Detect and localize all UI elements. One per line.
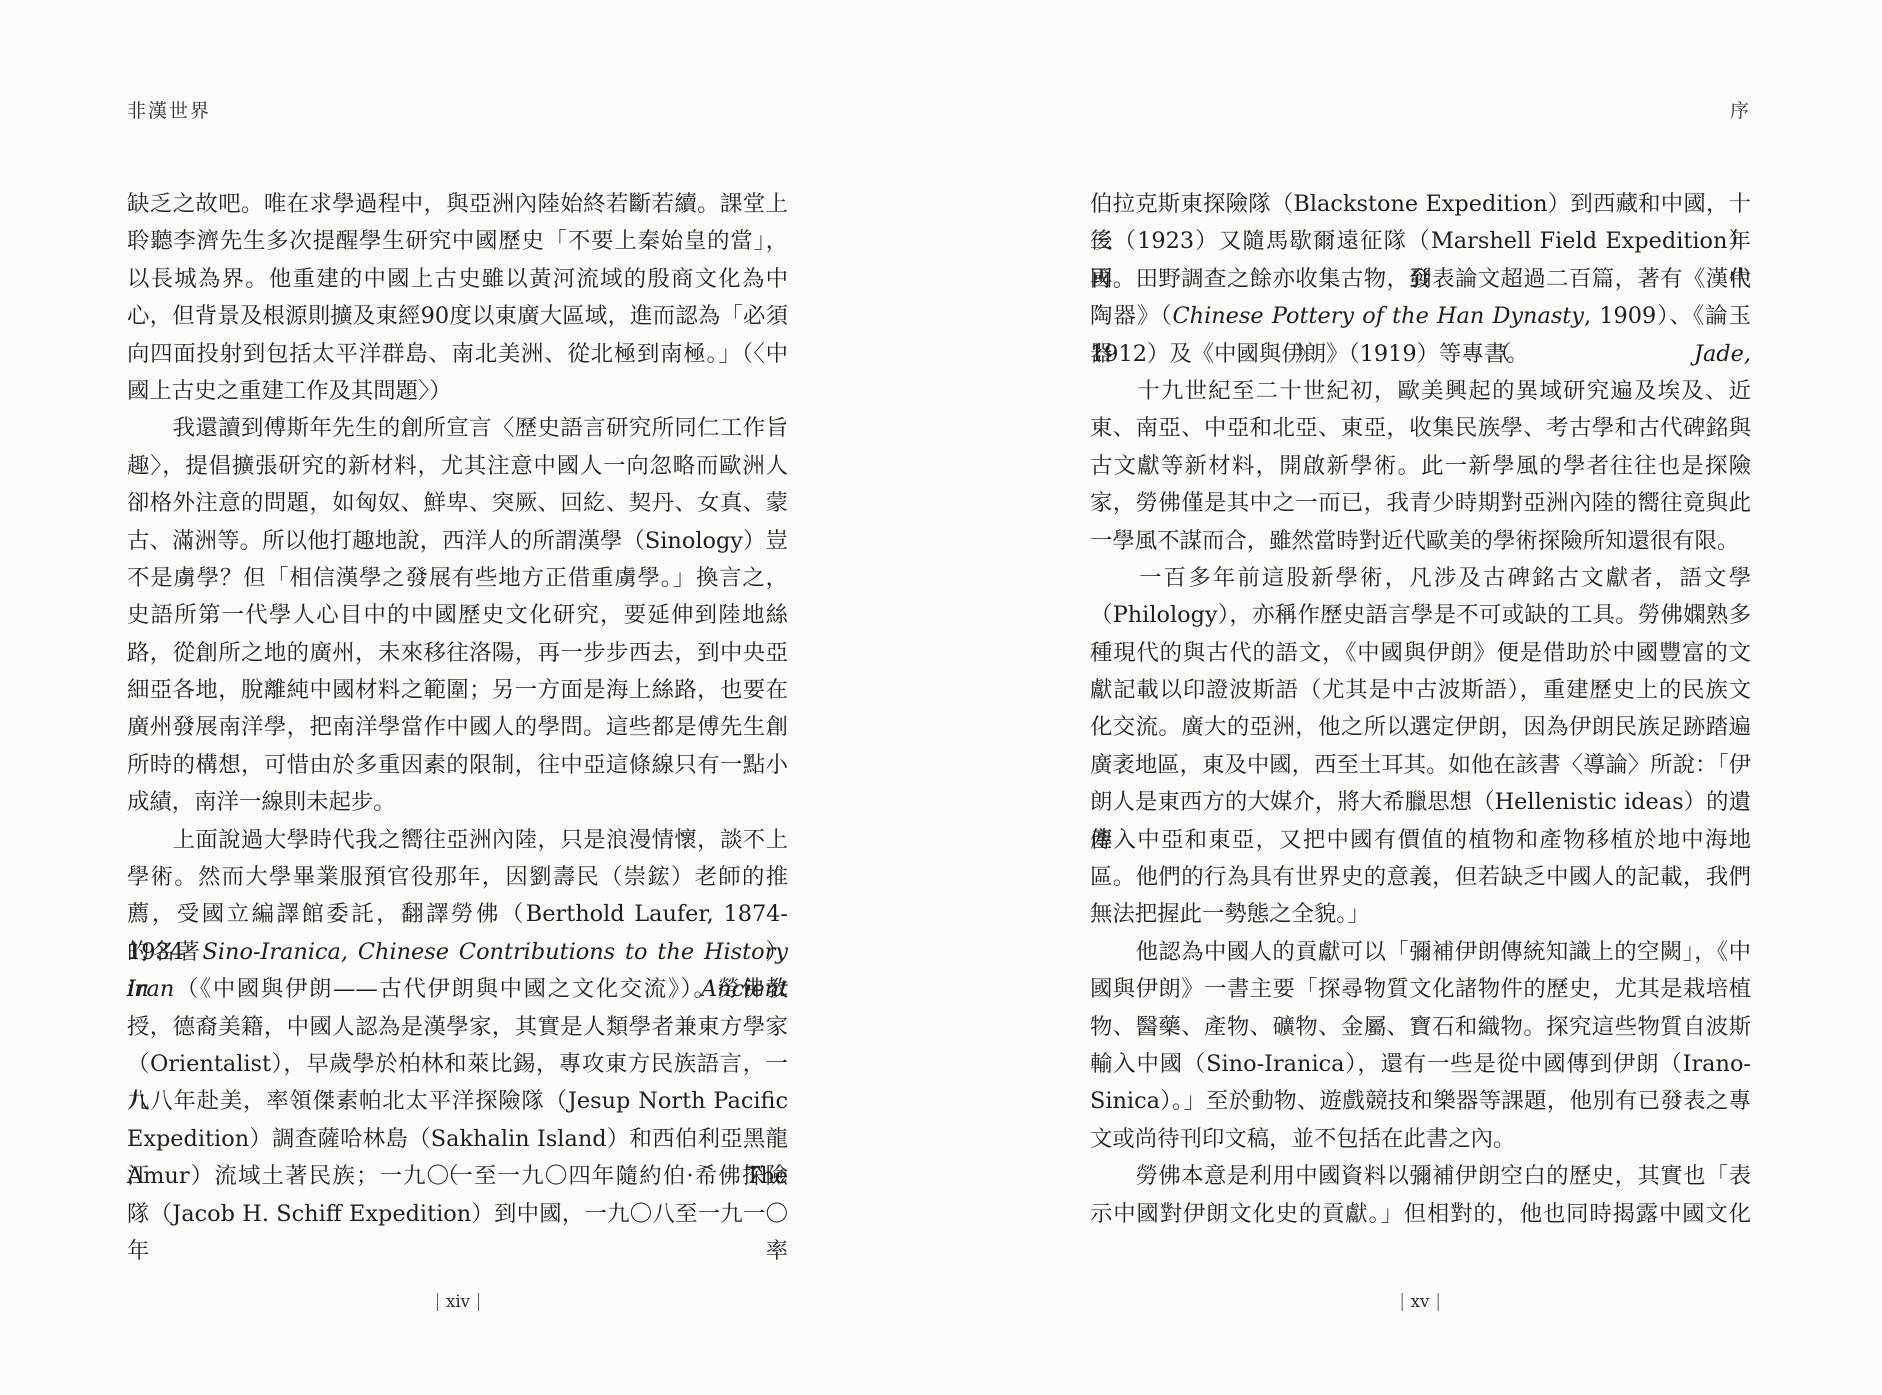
- text-segment: 一學風不謀而合，雖然當時對近代歐美的學術探險所知還很有限。: [1090, 528, 1739, 554]
- text-line: 國與伊朗》一書主要「探尋物質文化諸物件的歷史，尤其是栽培植: [1090, 971, 1751, 1008]
- text-line: 一百多年前這股新學術，凡涉及古碑銘古文獻者，語文學: [1090, 560, 1751, 597]
- text-line: 家，勞佛僅是其中之一而已，我青少時期對亞洲內陸的嚮往竟與此: [1090, 485, 1751, 522]
- text-line: 陶器》（Chinese Pottery of the Han Dynasty, …: [1090, 298, 1751, 335]
- text-line: 廣州發展南洋學，把南洋學當作中國人的學問。這些都是傅先生創: [127, 709, 788, 746]
- latin-italic-segment: Chinese Pottery of the Han Dynasty: [1173, 303, 1584, 329]
- text-segment: Amur）流域土著民族；一九〇一至一九〇四年隨約伯·希佛探險: [127, 1163, 788, 1189]
- text-line: 區。他們的行為具有世界史的意義，但若缺乏中國人的記載，我們: [1090, 859, 1751, 896]
- text-segment: 十九世紀至二十世紀初，歐美興起的異域研究遍及埃及、近: [1090, 378, 1751, 404]
- text-line: 國上古史之重建工作及其問題〉）: [127, 373, 788, 410]
- folio-bar-icon: [1437, 1293, 1438, 1311]
- text-line: 學術。然而大學畢業服預官役那年，因劉壽民（崇鋐）老師的推: [127, 859, 788, 896]
- text-line: 東、南亞、中亞和北亞、東亞，收集民族學、考古學和古代碑銘與: [1090, 410, 1751, 447]
- text-segment: 向四面投射到包括太平洋群島、南北美洲、從北極到南極。」（〈中: [127, 341, 788, 367]
- text-line: 隊（Jacob H. Schiff Expedition）到中國，一九〇八至一九…: [127, 1196, 788, 1233]
- text-segment: Sinica）。」至於動物、遊戲競技和樂器等課題，他別有已發表之專: [1090, 1088, 1751, 1114]
- folio-bar-icon: [437, 1293, 438, 1311]
- text-segment: 物、醫藥、產物、礦物、金屬、寶石和織物。探究這些物質自波斯: [1090, 1014, 1751, 1040]
- text-segment: 九八年赴美，率領傑素帕北太平洋探險隊（Jesup North Pacific: [127, 1088, 788, 1114]
- book-spread: 非漢世界 缺乏之故吧。唯在求學過程中，與亞洲內陸始終若斷若續。課堂上聆聽李濟先生…: [0, 0, 1882, 1395]
- text-line: 後（1923）又隨馬歇爾遠征隊（Marshell Field Expeditio…: [1090, 223, 1751, 260]
- page-number-left: xiv: [437, 1292, 479, 1311]
- text-line: 國。田野調查之餘亦收集古物，發表論文超過二百篇，著有《漢代: [1090, 261, 1751, 298]
- text-segment: 文或尚待刊印文稿，並不包括在此書之內。: [1090, 1126, 1515, 1152]
- text-line: 聆聽李濟先生多次提醒學生研究中國歷史「不要上秦始皇的當」，: [127, 223, 788, 260]
- text-line: 心，但背景及根源則擴及東經90度以東廣大區域，進而認為「必須: [127, 298, 788, 335]
- text-segment: （Philology），亦稱作歷史語言學是不可或缺的工具。勞佛嫻熟多: [1090, 602, 1751, 628]
- text-segment: 示中國對伊朗文化史的貢獻。」但相對的，他也同時揭露中國文化: [1090, 1201, 1751, 1227]
- text-segment: 聆聽李濟先生多次提醒學生研究中國歷史「不要上秦始皇的當」，: [127, 228, 788, 254]
- text-segment: 一百多年前這股新學術，凡涉及古碑銘古文獻者，語文學: [1090, 565, 1751, 591]
- folio-bar-icon: [1402, 1293, 1403, 1311]
- folio-number: xv: [1411, 1292, 1430, 1311]
- text-segment: 國與伊朗》一書主要「探尋物質文化諸物件的歷史，尤其是栽培植: [1090, 976, 1751, 1002]
- right-page-textblock: 伯拉克斯東探險隊（Blackstone Expedition）到西藏和中國，十三…: [1090, 186, 1751, 1233]
- text-line: 趣〉，提倡擴張研究的新材料，尤其注意中國人一向忽略而歐洲人: [127, 448, 788, 485]
- text-segment: 我還讀到傅斯年先生的創所宣言〈歷史語言研究所同仁工作旨: [127, 415, 788, 441]
- text-line: 向四面投射到包括太平洋群島、南北美洲、從北極到南極。」（〈中: [127, 336, 788, 373]
- text-line: Sinica）。」至於動物、遊戲競技和樂器等課題，他別有已發表之專: [1090, 1083, 1751, 1120]
- latin-italic-segment: Jade,: [1694, 341, 1751, 367]
- text-line: 種現代的與古代的語文，《中國與伊朗》便是借助於中國豐富的文: [1090, 635, 1751, 672]
- running-head-chapter-title: 序: [1730, 96, 1749, 123]
- text-line: 授，德裔美籍，中國人認為是漢學家，其實是人類學者兼東方學家: [127, 1009, 788, 1046]
- folio-bar-icon: [478, 1293, 479, 1311]
- text-line: （Orientalist），早歲學於柏林和萊比錫，專攻東方民族語言，一八: [127, 1046, 788, 1083]
- text-segment: 授，德裔美籍，中國人認為是漢學家，其實是人類學者兼東方學家: [127, 1014, 788, 1040]
- text-segment: 廣袤地區，東及中國，西至土耳其。如他在該書〈導論〉所說：「伊: [1090, 752, 1751, 778]
- text-segment: 所時的構想，可惜由於多重因素的限制，往中亞這條線只有一點小: [127, 752, 788, 778]
- text-segment: 隊（Jacob H. Schiff Expedition）到中國，一九〇八至一九…: [127, 1201, 788, 1264]
- text-line: 文或尚待刊印文稿，並不包括在此書之內。: [1090, 1121, 1751, 1158]
- text-line: 的名著Sino-Iranica, Chinese Contributions t…: [127, 934, 788, 971]
- text-line: 無法把握此一勢態之全貌。」: [1090, 896, 1751, 933]
- text-line: 缺乏之故吧。唯在求學過程中，與亞洲內陸始終若斷若續。課堂上: [127, 186, 788, 223]
- text-segment: 以長城為界。他重建的中國上古史雖以黃河流域的殷商文化為中: [127, 266, 788, 292]
- text-segment: 缺乏之故吧。唯在求學過程中，與亞洲內陸始終若斷若續。課堂上: [127, 191, 788, 217]
- text-segment: 趣〉，提倡擴張研究的新材料，尤其注意中國人一向忽略而歐洲人: [127, 453, 788, 479]
- text-segment: 學術。然而大學畢業服預官役那年，因劉壽民（崇鋐）老師的推: [127, 864, 788, 890]
- left-page-textblock: 缺乏之故吧。唯在求學過程中，與亞洲內陸始終若斷若續。課堂上聆聽李濟先生多次提醒學…: [127, 186, 788, 1233]
- text-segment: 家，勞佛僅是其中之一而已，我青少時期對亞洲內陸的嚮往竟與此: [1090, 490, 1751, 516]
- text-segment: 東、南亞、中亞和北亞、東亞，收集民族學、考古學和古代碑銘與: [1090, 415, 1751, 441]
- text-line: 物、醫藥、產物、礦物、金屬、寶石和織物。探究這些物質自波斯: [1090, 1009, 1751, 1046]
- text-segment: 古、滿洲等。所以他打趣地說，西洋人的所謂漢學（Sinology）豈: [127, 528, 788, 554]
- text-segment: （《中國與伊朗——古代伊朗與中國之文化交流》）。勞佛教: [174, 976, 788, 1002]
- text-segment: 史語所第一代學人心目中的中國歷史文化研究，要延伸到陸地絲: [127, 602, 788, 628]
- text-line: 古、滿洲等。所以他打趣地說，西洋人的所謂漢學（Sinology）豈: [127, 523, 788, 560]
- text-line: 獻記載以印證波斯語（尤其是中古波斯語），重建歷史上的民族文: [1090, 672, 1751, 709]
- text-segment: 細亞各地，脫離純中國材料之範圍；另一方面是海上絲路，也要在: [127, 677, 788, 703]
- text-line: 細亞各地，脫離純中國材料之範圍；另一方面是海上絲路，也要在: [127, 672, 788, 709]
- text-segment: 無法把握此一勢態之全貌。」: [1090, 901, 1370, 927]
- text-line: （Philology），亦稱作歷史語言學是不可或缺的工具。勞佛嫻熟多: [1090, 597, 1751, 634]
- text-segment: 廣州發展南洋學，把南洋學當作中國人的學問。這些都是傅先生創: [127, 714, 788, 740]
- page-number-right: xv: [1402, 1292, 1439, 1311]
- text-segment: 1912）及《中國與伊朗》（1919）等專書。: [1090, 341, 1529, 367]
- text-line: 上面說過大學時代我之嚮往亞洲內陸，只是浪漫情懷，談不上: [127, 822, 788, 859]
- text-line: 朗人是東西方的大媒介，將大希臘思想（Hellenistic ideas）的遺產: [1090, 784, 1751, 821]
- text-segment: 他認為中國人的貢獻可以「彌補伊朗傳統知識上的空闕」，《中: [1090, 939, 1751, 965]
- text-line: 所時的構想，可惜由於多重因素的限制，往中亞這條線只有一點小: [127, 747, 788, 784]
- text-line: 伯拉克斯東探險隊（Blackstone Expedition）到西藏和中國，十三…: [1090, 186, 1751, 223]
- folio-number: xiv: [446, 1292, 470, 1311]
- text-segment: 區。他們的行為具有世界史的意義，但若缺乏中國人的記載，我們: [1090, 864, 1751, 890]
- running-head-book-title: 非漢世界: [127, 96, 211, 123]
- text-line: 他認為中國人的貢獻可以「彌補伊朗傳統知識上的空闕」，《中: [1090, 934, 1751, 971]
- text-segment: 上面說過大學時代我之嚮往亞洲內陸，只是浪漫情懷，談不上: [127, 827, 788, 853]
- text-line: 成績，南洋一線則未起步。: [127, 784, 788, 821]
- text-line: 廣袤地區，東及中國，西至土耳其。如他在該書〈導論〉所說：「伊: [1090, 747, 1751, 784]
- text-segment: 心，但背景及根源則擴及東經90度以東廣大區域，進而認為「必須: [127, 303, 788, 329]
- text-line: 卻格外注意的問題，如匈奴、鮮卑、突厥、回紇、契丹、女真、蒙: [127, 485, 788, 522]
- text-line: 輸入中國（Sino-Iranica），還有一些是從中國傳到伊朗（Irano-: [1090, 1046, 1751, 1083]
- text-line: 九八年赴美，率領傑素帕北太平洋探險隊（Jesup North Pacific: [127, 1083, 788, 1120]
- text-line: 化交流。廣大的亞洲，他之所以選定伊朗，因為伊朗民族足跡踏遍: [1090, 709, 1751, 746]
- text-line: Expedition）調查薩哈林島（Sakhalin Island）和西伯利亞黑…: [127, 1121, 788, 1158]
- text-segment: 獻記載以印證波斯語（尤其是中古波斯語），重建歷史上的民族文: [1090, 677, 1751, 703]
- text-line: 傳入中亞和東亞，又把中國有價值的植物和產物移植於地中海地: [1090, 822, 1751, 859]
- text-segment: 古文獻等新材料，開啟新學術。此一新學風的學者往往也是探險: [1090, 453, 1751, 479]
- text-segment: 化交流。廣大的亞洲，他之所以選定伊朗，因為伊朗民族足跡踏遍: [1090, 714, 1751, 740]
- text-line: Iran（《中國與伊朗——古代伊朗與中國之文化交流》）。勞佛教: [127, 971, 788, 1008]
- text-segment: 國上古史之重建工作及其問題〉）: [127, 378, 452, 404]
- text-line: 一學風不謀而合，雖然當時對近代歐美的學術探險所知還很有限。: [1090, 523, 1751, 560]
- text-line: 以長城為界。他重建的中國上古史雖以黃河流域的殷商文化為中: [127, 261, 788, 298]
- text-line: 我還讀到傅斯年先生的創所宣言〈歷史語言研究所同仁工作旨: [127, 410, 788, 447]
- text-segment: 種現代的與古代的語文，《中國與伊朗》便是借助於中國豐富的文: [1090, 640, 1751, 666]
- text-line: 不是虜學？但「相信漢學之發展有些地方正借重虜學。」換言之，: [127, 560, 788, 597]
- text-line: 路，從創所之地的廣州，未來移往洛陽，再一步步西去，到中央亞: [127, 635, 788, 672]
- text-line: 示中國對伊朗文化史的貢獻。」但相對的，他也同時揭露中國文化: [1090, 1196, 1751, 1233]
- text-line: 史語所第一代學人心目中的中國歷史文化研究，要延伸到陸地絲: [127, 597, 788, 634]
- text-segment: 國。田野調查之餘亦收集古物，發表論文超過二百篇，著有《漢代: [1090, 266, 1751, 292]
- text-segment: 成績，南洋一線則未起步。: [127, 789, 396, 815]
- text-line: 薦，受國立編譯館委託，翻譯勞佛（Berthold Laufer, 1874-19…: [127, 896, 788, 933]
- text-segment: 傳入中亞和東亞，又把中國有價值的植物和產物移植於地中海地: [1090, 827, 1751, 853]
- latin-italic-segment: Iran: [127, 976, 174, 1002]
- text-line: Amur）流域土著民族；一九〇一至一九〇四年隨約伯·希佛探險: [127, 1158, 788, 1195]
- text-segment: 不是虜學？但「相信漢學之發展有些地方正借重虜學。」換言之，: [127, 565, 788, 591]
- text-segment: 陶器》（: [1090, 303, 1173, 329]
- text-line: 古文獻等新材料，開啟新學術。此一新學風的學者往往也是探險: [1090, 448, 1751, 485]
- text-line: 十九世紀至二十世紀初，歐美興起的異域研究遍及埃及、近: [1090, 373, 1751, 410]
- text-segment: 輸入中國（Sino-Iranica），還有一些是從中國傳到伊朗（Irano-: [1090, 1051, 1751, 1077]
- text-segment: 勞佛本意是利用中國資料以彌補伊朗空白的歷史，其實也「表: [1090, 1163, 1751, 1189]
- text-segment: 路，從創所之地的廣州，未來移往洛陽，再一步步西去，到中央亞: [127, 640, 788, 666]
- text-segment: 卻格外注意的問題，如匈奴、鮮卑、突厥、回紇、契丹、女真、蒙: [127, 490, 788, 516]
- text-line: 勞佛本意是利用中國資料以彌補伊朗空白的歷史，其實也「表: [1090, 1158, 1751, 1195]
- text-segment: 的名著: [127, 939, 203, 965]
